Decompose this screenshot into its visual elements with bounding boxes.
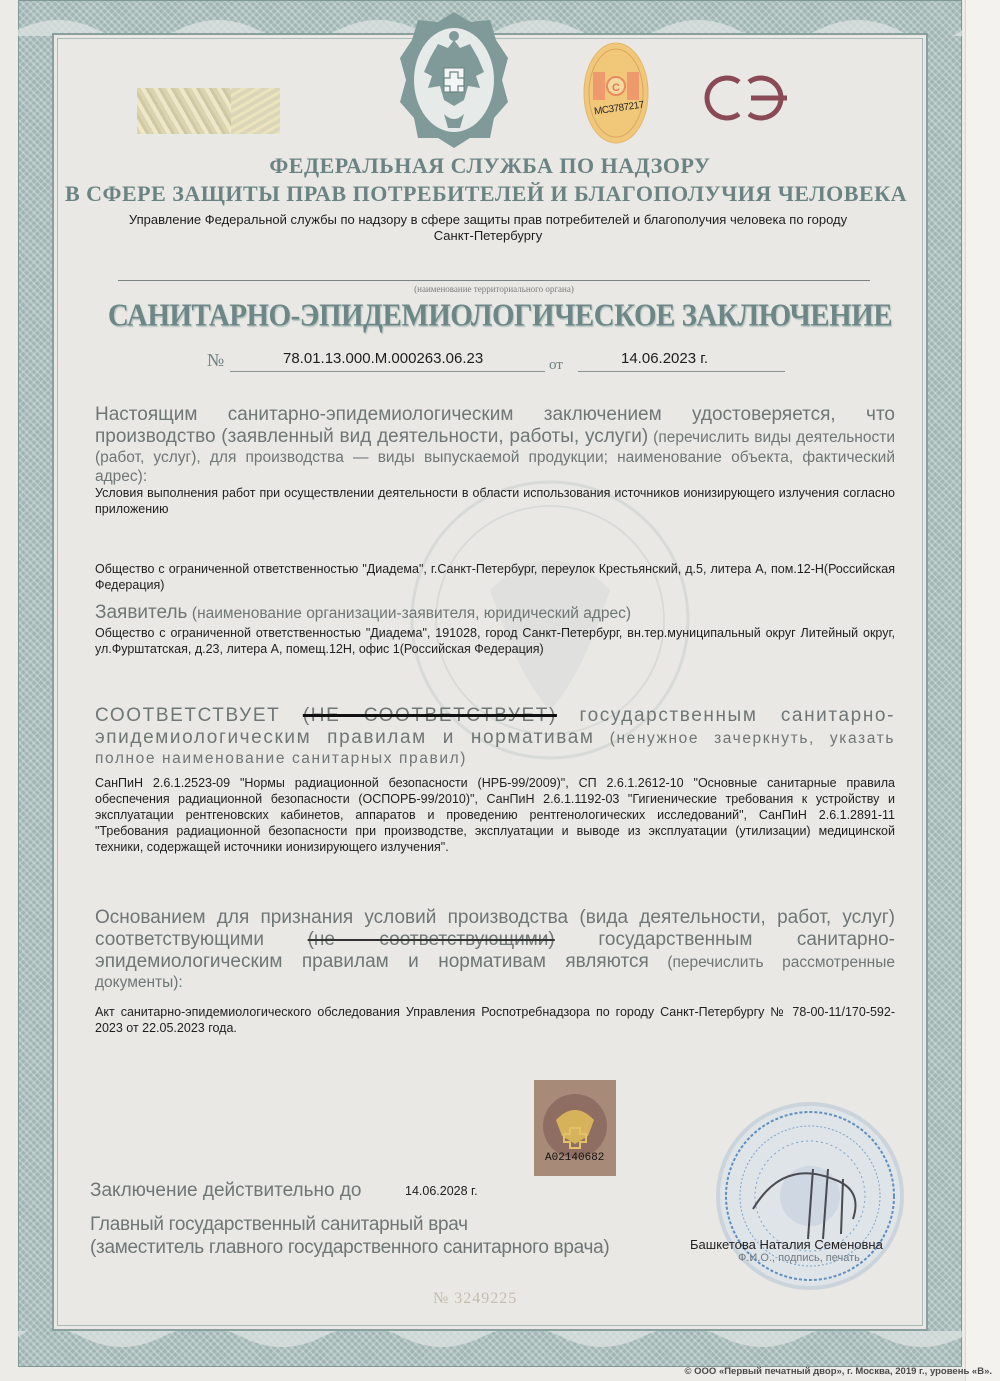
compliance-statement: СООТВЕТСТВУЕТ (НЕ СООТВЕТСТВУЕТ) государ… [95,705,895,768]
valid-until-label: Заключение действительно до [90,1180,361,1202]
signer-name: Башкетова Наталия Семеновна [690,1237,883,1252]
number-underline [230,371,545,372]
se-logo-icon [697,70,791,126]
certification-intro: Настоящим санитарно-эпидемиологическим з… [95,404,895,486]
doctor-title: Главный государственный санитарный врач [90,1214,468,1236]
certification-sticker-icon: С [583,42,649,144]
applicant-label: Заявитель [95,602,187,623]
territorial-underline [118,280,870,281]
object-address: Общество с ограниченной ответственностью… [95,561,895,593]
date-underline [578,371,785,372]
valid-until-date: 14.06.2028 г. [405,1184,478,1198]
basis-struck-option: (не соответствующими) [308,929,555,950]
agency-name-line2: В СФЕРЕ ЗАЩИТЫ ПРАВ ПОТРЕБИТЕЛЕЙ И БЛАГО… [0,181,986,207]
blank-number: № 3249225 [433,1290,517,1308]
territorial-caption: (наименование территориального органа) [118,284,870,294]
signer-caption: Ф.И.О., подпись, печать [738,1252,860,1264]
territorial-body-line1: Управление Федеральной службы по надзору… [108,212,868,228]
paper-edge [965,0,1000,1381]
number-label: № [207,350,224,371]
activity-description: Условия выполнения работ при осуществлен… [95,485,895,517]
document-title: САНИТАРНО-ЭПИДЕМИОЛОГИЧЕСКОЕ ЗАКЛЮЧЕНИЕ [0,299,1000,335]
stamp-seal-icon [713,1099,908,1294]
emblem-icon [398,10,510,148]
doctor-title-deputy: (заместитель главного государственного с… [90,1237,609,1259]
hologram-number: А02140682 [545,1152,604,1164]
hologram-strip [137,88,231,134]
agency-name-line1: ФЕДЕРАЛЬНАЯ СЛУЖБА ПО НАДЗОРУ [0,153,990,179]
svg-text:С: С [612,82,620,94]
compliance-struck-option: (НЕ СООТВЕТСТВУЕТ) [303,705,557,726]
sanitary-rules: СанПиН 2.6.1.2523-09 "Нормы радиационной… [95,775,895,855]
date-label: от [549,357,563,374]
printer-credit: © ООО «Первый печатный двор», г. Москва,… [685,1366,993,1377]
territorial-body: Управление Федеральной службы по надзору… [108,212,868,244]
document-number: 78.01.13.000.М.000263.06.23 [283,350,483,367]
applicant-hint: (наименование организации-заявителя, юри… [192,605,631,622]
bottom-wave-ornament [18,1331,962,1367]
applicant-value: Общество с ограниченной ответственностью… [95,625,895,657]
territorial-body-line2: Санкт-Петербургу [108,228,868,244]
compliance-status: СООТВЕТСТВУЕТ [95,705,280,726]
basis-statement: Основанием для признания условий произво… [95,907,895,992]
document-date: 14.06.2023 г. [621,350,708,367]
hologram-strip-part [231,88,280,134]
applicant-label-row: Заявитель (наименование организации-заяв… [95,602,895,624]
basis-documents: Акт санитарно-эпидемиологического обслед… [95,1004,895,1036]
